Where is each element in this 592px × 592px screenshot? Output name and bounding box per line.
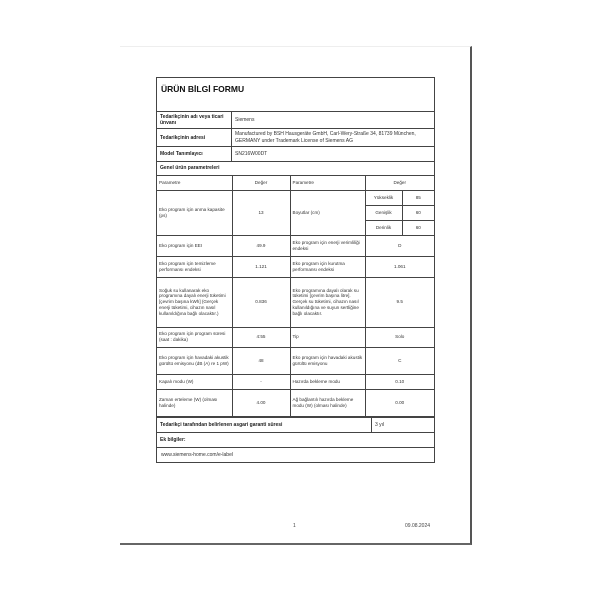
- warranty-value: 3 yıl: [372, 418, 434, 432]
- warranty-label: Tedarikçi tarafından belirlenen asgari g…: [157, 418, 372, 432]
- param-value: 49.9: [232, 235, 290, 256]
- param-value: 0.00: [365, 389, 434, 416]
- table-row: Soğuk su kullanarak eko programına dayal…: [157, 277, 434, 327]
- model-value: SN216W00DT: [232, 147, 434, 161]
- form-title: ÜRÜN BİLGİ FORMU: [157, 78, 434, 112]
- params-table: Parametre Değer Parametre Değer Eko prog…: [157, 176, 434, 417]
- supplier-name-label: Tedarikçinin adı veya ticari ünvanı: [157, 112, 232, 128]
- dimensions-cell: Yükseklik 85 Genişlik 60 Derinlik 60: [365, 190, 434, 235]
- supplier-address-value: Manufactured by BSH Hausgeräte GmbH, Car…: [232, 129, 434, 146]
- param-value: 0.10: [365, 374, 434, 389]
- param-value: C: [365, 347, 434, 374]
- param-name: Eko program için temizleme performansı e…: [157, 256, 232, 277]
- extra-info-link[interactable]: www.siemens-home.com/e-label: [157, 448, 434, 462]
- document-date: 09.08.2024: [405, 523, 430, 529]
- extra-info-heading: Ek bilgiler:: [157, 433, 434, 448]
- param-name: Eko program için enerji verimliliği ende…: [290, 235, 365, 256]
- warranty-row: Tedarikçi tarafından belirlenen asgari g…: [157, 417, 434, 433]
- param-name: Boyutlar (cm): [290, 190, 365, 235]
- param-name: Eko programına dayalı olarak su tüketimi…: [290, 277, 365, 327]
- param-name: Eko program için havadaki akustik gürült…: [157, 347, 232, 374]
- param-name: Tip: [290, 327, 365, 347]
- table-row: Eko program için temizleme performansı e…: [157, 256, 434, 277]
- param-name: Eko program için program süresi (saat : …: [157, 327, 232, 347]
- table-row: Eko program için havadaki akustik gürült…: [157, 347, 434, 374]
- param-value: D: [365, 235, 434, 256]
- model-row: Model Tanımlayıcı SN216W00DT: [157, 147, 434, 162]
- header-parametre-1: Parametre: [157, 176, 232, 190]
- param-value: 4:55: [232, 327, 290, 347]
- header-deger-2: Değer: [365, 176, 434, 190]
- supplier-name-value: Siemens: [232, 112, 434, 128]
- table-row: Zaman erteleme (W) (olması halinde) 4.00…: [157, 389, 434, 416]
- table-row: Eko program için program süresi (saat : …: [157, 327, 434, 347]
- param-name: Kapalı modu (W): [157, 374, 232, 389]
- dimension-depth: Derinlik 60: [366, 221, 435, 235]
- page-number: 1: [293, 523, 296, 529]
- dimension-width: Genişlik 60: [366, 206, 435, 221]
- param-value: 9.5: [365, 277, 434, 327]
- param-value: 48: [232, 347, 290, 374]
- param-value: Solo: [365, 327, 434, 347]
- param-value: 1.061: [365, 256, 434, 277]
- table-row: Kapalı modu (W) - Hazırda bekleme modu 0…: [157, 374, 434, 389]
- param-value: 1.121: [232, 256, 290, 277]
- param-name: Ağ bağlantılı hazırda bekleme modu (W) (…: [290, 389, 365, 416]
- header-deger-1: Değer: [232, 176, 290, 190]
- supplier-name-row: Tedarikçinin adı veya ticari ünvanı Siem…: [157, 112, 434, 129]
- model-label: Model Tanımlayıcı: [157, 147, 232, 161]
- param-value: 13: [232, 190, 290, 235]
- params-header-row: Parametre Değer Parametre Değer: [157, 176, 434, 190]
- param-name: Soğuk su kullanarak eko programına dayal…: [157, 277, 232, 327]
- param-value: 4.00: [232, 389, 290, 416]
- supplier-address-label: Tedarikçinin adresi: [157, 129, 232, 146]
- param-value: -: [232, 374, 290, 389]
- param-name: Hazırda bekleme modu: [290, 374, 365, 389]
- table-row: Eko program için anma kapasite (ps) 13 B…: [157, 190, 434, 235]
- param-value: 0.836: [232, 277, 290, 327]
- dimension-height: Yükseklik 85: [366, 191, 435, 206]
- header-parametre-2: Parametre: [290, 176, 365, 190]
- product-info-form: ÜRÜN BİLGİ FORMU Tedarikçinin adı veya t…: [156, 77, 435, 463]
- supplier-address-row: Tedarikçinin adresi Manufactured by BSH …: [157, 129, 434, 147]
- general-params-heading: Genel ürün parametreleri: [157, 162, 434, 176]
- param-name: Zaman erteleme (W) (olması halinde): [157, 389, 232, 416]
- param-name: Eko program için EEI: [157, 235, 232, 256]
- param-name: Eko program için kurutma performansı end…: [290, 256, 365, 277]
- table-row: Eko program için EEI 49.9 Eko program iç…: [157, 235, 434, 256]
- param-name: Eko program için anma kapasite (ps): [157, 190, 232, 235]
- param-name: Eko program için havadaki akustik gürült…: [290, 347, 365, 374]
